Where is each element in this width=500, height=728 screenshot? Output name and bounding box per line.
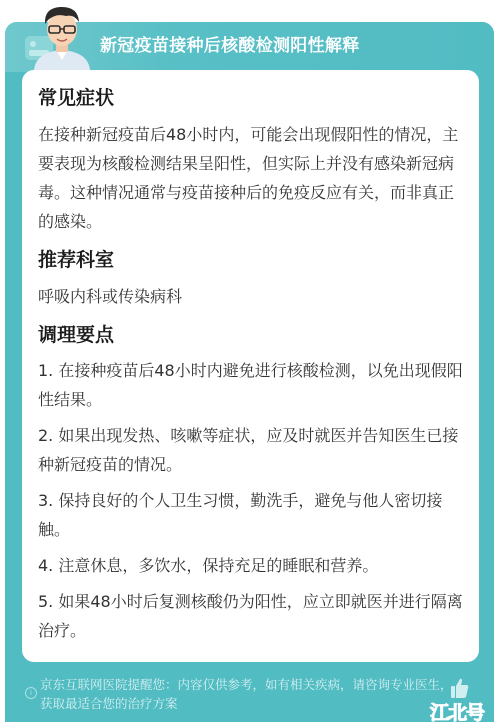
section-body: 呼吸内科或传染病科 <box>38 282 468 311</box>
section-heading: 推荐科室 <box>38 246 468 274</box>
list-item: 4. 注意休息，多饮水，保持充足的睡眠和营养。 <box>38 551 468 580</box>
watermark: 江北号 <box>430 698 484 725</box>
list-item: 5. 如果48小时后复测核酸仍为阳性，应立即就医并进行隔离治疗。 <box>38 587 468 645</box>
disclaimer-footer: i 京东互联网医院提醒您：内容仅供参考，如有相关疾病，请咨询专业医生，获取最适合… <box>5 672 494 722</box>
list-item: 3. 保持良好的个人卫生习惯，勤洗手，避免与他人密切接触。 <box>38 486 468 544</box>
doctor-avatar-icon <box>22 2 102 70</box>
thumbs-up-icon <box>451 678 469 698</box>
section-department: 推荐科室 呼吸内科或传染病科 <box>38 246 468 311</box>
page-title: 新冠疫苗接种后核酸检测阳性解释 <box>100 31 360 56</box>
section-body: 在接种新冠疫苗后48小时内，可能会出现假阳性的情况，主要表现为核酸检测结果呈阳性… <box>38 120 468 236</box>
disclaimer-text: 京东互联网医院提醒您：内容仅供参考，如有相关疾病，请咨询专业医生，获取最适合您的… <box>40 675 460 713</box>
info-icon: i <box>25 687 37 699</box>
section-heading: 常见症状 <box>38 84 468 112</box>
section-symptoms: 常见症状 在接种新冠疫苗后48小时内，可能会出现假阳性的情况，主要表现为核酸检测… <box>38 84 468 236</box>
content-card: 常见症状 在接种新冠疫苗后48小时内，可能会出现假阳性的情况，主要表现为核酸检测… <box>22 70 479 662</box>
list-item: 1. 在接种疫苗后48小时内避免进行核酸检测，以免出现假阳性结果。 <box>38 356 468 414</box>
section-care-tips: 调理要点 1. 在接种疫苗后48小时内避免进行核酸检测，以免出现假阳性结果。 2… <box>38 321 468 645</box>
list-item: 2. 如果出现发热、咳嗽等症状，应及时就医并告知医生已接种新冠疫苗的情况。 <box>38 421 468 479</box>
section-heading: 调理要点 <box>38 321 468 349</box>
